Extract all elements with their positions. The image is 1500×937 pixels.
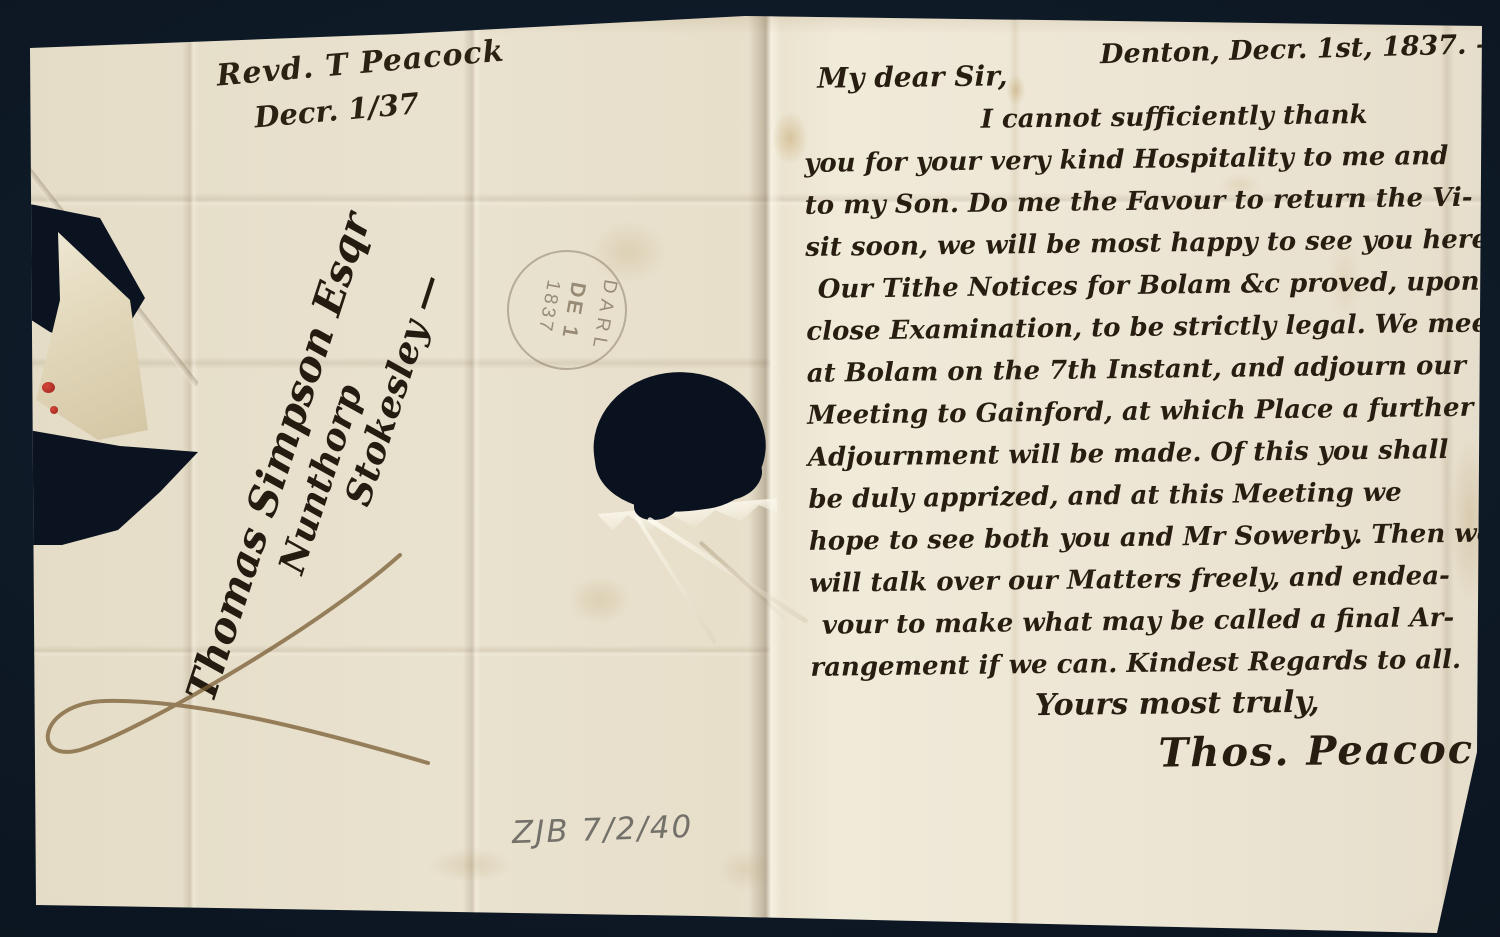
- crease-shadow: [699, 541, 791, 624]
- postmark-stamp: DARL DE 1 1837: [497, 240, 636, 379]
- left-edge-tear-lower: [0, 425, 200, 550]
- letter-closing: Yours most truly,: [803, 682, 1500, 726]
- scanned-letter-page: { "scene": { "mount_color": "#0c1622", "…: [0, 0, 1500, 937]
- docket-note: Revd. T Peacock Decr. 1/37: [215, 34, 509, 138]
- wax-seal-remnant: [38, 36, 45, 43]
- letter-line: rangement if we can. Kindest Regards to …: [802, 638, 1500, 689]
- pencil-reference-note: ZJB 7/2/40: [511, 809, 693, 851]
- pen-flourish: [10, 545, 440, 795]
- letter-lines: I cannot sufficiently thank you for your…: [795, 92, 1500, 689]
- letter-sheet: Revd. T Peacock Decr. 1/37 DARL DE 1 183…: [0, 0, 1500, 937]
- wax-seal-remnant: [50, 406, 58, 414]
- letter-signature: Thos. Peacock: [803, 725, 1500, 781]
- letter-body: My dear Sir, I cannot sufficiently thank…: [795, 53, 1500, 781]
- wax-seal-remnant: [42, 382, 55, 393]
- letter-salutation: My dear Sir,: [795, 53, 1500, 95]
